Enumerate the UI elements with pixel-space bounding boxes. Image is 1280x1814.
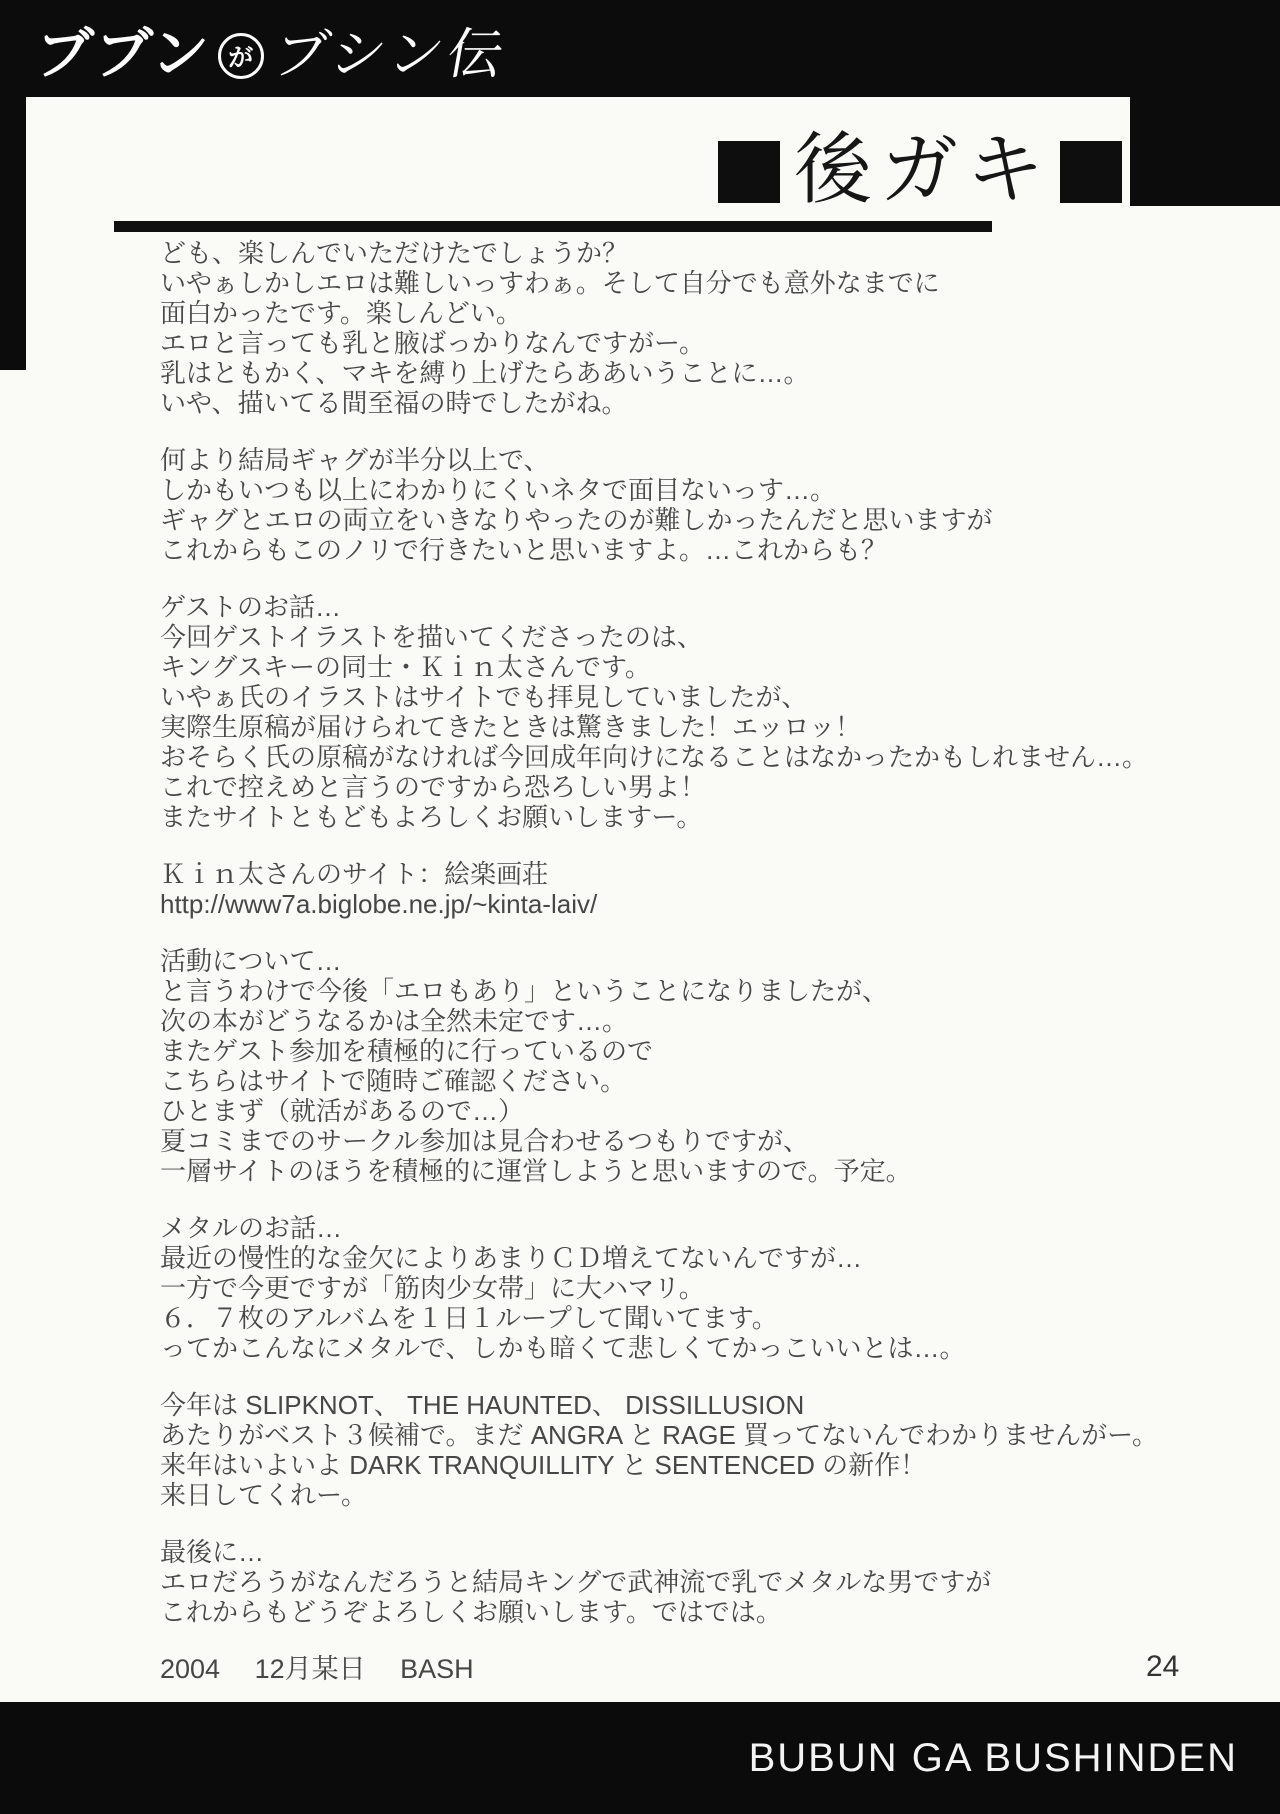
logo-circle-char: が bbox=[228, 38, 253, 74]
afterword-line: メタルのお話… bbox=[160, 1213, 1170, 1243]
afterword-line: 何より結局ギャグが半分以上で、 bbox=[160, 445, 1170, 475]
afterword-line: http://www7a.biglobe.ne.jp/~kinta-laiv/ bbox=[160, 889, 1170, 919]
page-title: 後ガキ bbox=[780, 130, 1060, 214]
afterword-line: しかもいつも以上にわかりにくいネタで面目ないっす…。 bbox=[160, 475, 1170, 505]
left-edge-black-strip bbox=[0, 0, 26, 370]
afterword-paragraph: メタルのお話…最近の慢性的な金欠によりあまりＣＤ増えてないんですが…一方で今更で… bbox=[160, 1213, 1170, 1363]
afterword-paragraph: 活動について…と言うわけで今後「エロもあり」ということになりましたが、次の本がど… bbox=[160, 946, 1170, 1186]
afterword-line: エロだろうがなんだろうと結局キングで武神流で乳でメタルな男ですが bbox=[160, 1567, 1170, 1597]
afterword-line: 今回ゲストイラストを描いてくださったのは、 bbox=[160, 622, 1170, 652]
afterword-paragraph: Ｋｉｎ太さんのサイト：絵楽画荘http://www7a.biglobe.ne.j… bbox=[160, 859, 1170, 919]
afterword-line: これからもこのノリで行きたいと思いますよ。…これからも？ bbox=[160, 535, 1170, 565]
afterword-line: ども、楽しんでいただけたでしょうか？ bbox=[160, 238, 1170, 268]
afterword-line: 次の本がどうなるかは全然未定です…。 bbox=[160, 1006, 1170, 1036]
bottom-banner: BUBUN GA BUSHINDEN bbox=[0, 1702, 1280, 1814]
afterword-heading: 後ガキ bbox=[718, 130, 1122, 214]
afterword-line: おそらく氏の原稿がなければ今回成年向けになることはなかったかもしれません…。 bbox=[160, 742, 1170, 772]
afterword-line: 一層サイトのほうを積極的に運営しようと思いますので。予定。 bbox=[160, 1156, 1170, 1186]
logo-light-text: ブシン伝 bbox=[268, 10, 514, 89]
afterword-line: ってかこんなにメタルで、しかも暗くて悲しくてかっこいいとは…。 bbox=[160, 1333, 1170, 1363]
afterword-line: 乳はともかく、マキを縛り上げたらああいうことに…。 bbox=[160, 358, 1170, 388]
afterword-line: あたりがベスト３候補で。まだ ANGRA と RAGE 買ってないんでわかりませ… bbox=[160, 1420, 1170, 1450]
afterword-line: と言うわけで今後「エロもあり」ということになりましたが、 bbox=[160, 976, 1170, 1006]
afterword-line: こちらはサイトで随時ご確認ください。 bbox=[160, 1066, 1170, 1096]
afterword-line: いや、描いてる間至福の時でしたがね。 bbox=[160, 388, 1170, 418]
afterword-line: エロと言っても乳と腋ばっかりなんですがー。 bbox=[160, 328, 1170, 358]
afterword-line: ６．７枚のアルバムを１日１ループして聞いてます。 bbox=[160, 1303, 1170, 1333]
afterword-line: Ｋｉｎ太さんのサイト：絵楽画荘 bbox=[160, 859, 1170, 889]
afterword-line: 最後に… bbox=[160, 1537, 1170, 1567]
afterword-line: 実際生原稿が届けられてきたときは驚きました！エッロッ！ bbox=[160, 712, 1170, 742]
afterword-line: ゲストのお話… bbox=[160, 592, 1170, 622]
afterword-line: キングスキーの同士・Ｋｉｎ太さんです。 bbox=[160, 652, 1170, 682]
afterword-paragraph: ゲストのお話…今回ゲストイラストを描いてくださったのは、キングスキーの同士・Ｋｉ… bbox=[160, 592, 1170, 832]
afterword-line: 今年は SLIPKNOT、 THE HAUNTED、 DISSILLUSION bbox=[160, 1390, 1170, 1420]
logo-bold-text: ブブン bbox=[33, 8, 213, 90]
afterword-line: またゲスト参加を積極的に行っているので bbox=[160, 1036, 1170, 1066]
logo-circle-badge: が bbox=[218, 33, 264, 79]
afterword-line: 来日してくれー。 bbox=[160, 1480, 1170, 1510]
afterword-line: 最近の慢性的な金欠によりあまりＣＤ増えてないんですが… bbox=[160, 1243, 1170, 1273]
afterword-paragraph: 何より結局ギャグが半分以上で、しかもいつも以上にわかりにくいネタで面目ないっす…… bbox=[160, 445, 1170, 565]
afterword-line: 面白かったです。楽しんどい。 bbox=[160, 298, 1170, 328]
afterword-paragraph: ども、楽しんでいただけたでしょうか？いやぁしかしエロは難しいっすわぁ。そして自分… bbox=[160, 238, 1170, 418]
afterword-line: またサイトともどもよろしくお願いしますー。 bbox=[160, 802, 1170, 832]
afterword-line: 活動について… bbox=[160, 946, 1170, 976]
afterword-line: 夏コミまでのサークル参加は見合わせるつもりですが、 bbox=[160, 1126, 1170, 1156]
afterword-line: 一方で今更ですが「筋肉少女帯」に大ハマリ。 bbox=[160, 1273, 1170, 1303]
afterword-text: ども、楽しんでいただけたでしょうか？いやぁしかしエロは難しいっすわぁ。そして自分… bbox=[160, 238, 1170, 1684]
afterword-line: いやぁしかしエロは難しいっすわぁ。そして自分でも意外なまでに bbox=[160, 268, 1170, 298]
afterword-line: これで控えめと言うのですから恐ろしい男よ！ bbox=[160, 772, 1170, 802]
top-right-black-block bbox=[1130, 0, 1280, 206]
heading-square-left bbox=[718, 141, 780, 203]
afterword-line: いやぁ氏のイラストはサイトでも拝見していましたが、 bbox=[160, 682, 1170, 712]
afterword-line: 来年はいよいよ DARK TRANQUILLITY と SENTENCED の新… bbox=[160, 1450, 1170, 1480]
date-signature-line: 2004 12月某日 BASH bbox=[160, 1654, 1170, 1684]
afterword-line: ひとまず（就活があるので…） bbox=[160, 1096, 1170, 1126]
page-number: 24 bbox=[1146, 1650, 1179, 1684]
afterword-paragraph: 今年は SLIPKNOT、 THE HAUNTED、 DISSILLUSIONあ… bbox=[160, 1390, 1170, 1510]
heading-square-right bbox=[1060, 141, 1122, 203]
heading-rule bbox=[114, 221, 992, 232]
afterword-paragraph: 最後に…エロだろうがなんだろうと結局キングで武神流で乳でメタルな男ですがこれから… bbox=[160, 1537, 1170, 1627]
series-logo: ブブン が ブシン伝 bbox=[36, 16, 507, 82]
afterword-line: ギャグとエロの両立をいきなりやったのが難しかったんだと思いますが bbox=[160, 505, 1170, 535]
bottom-banner-title: BUBUN GA BUSHINDEN bbox=[749, 1736, 1238, 1781]
afterword-line: これからもどうぞよろしくお願いします。ではでは。 bbox=[160, 1597, 1170, 1627]
